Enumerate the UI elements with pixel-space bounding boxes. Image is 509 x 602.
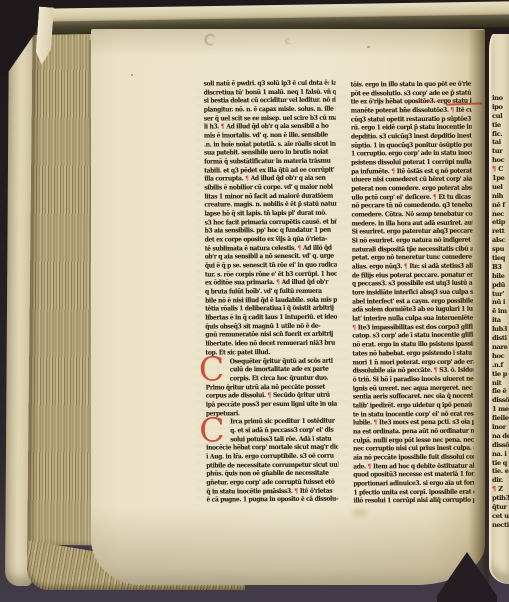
text-line: rett	[492, 227, 509, 236]
text-line: ē im	[492, 307, 509, 316]
text-line: tie p	[492, 370, 509, 379]
text-line: ¶ C	[492, 165, 509, 174]
text-line: dir.	[492, 476, 509, 485]
pilcrow-rubric: ¶	[221, 123, 225, 131]
pilcrow-rubric: ¶	[391, 167, 395, 175]
text-line: nec	[492, 210, 509, 219]
ink-speck	[131, 74, 133, 76]
right-text-column: tōis. ergo in illo statu in quo pōt ee ō…	[351, 80, 484, 508]
text-line: na de	[492, 432, 509, 441]
pilcrow-rubric: ¶	[294, 486, 298, 494]
pilcrow-rubric: ¶	[245, 175, 249, 183]
text-line: illō resolui 1 corrūpi nisi aliq̄ corrup…	[353, 496, 474, 506]
facing-text-column: inoipocultiefic.taiturhoc¶ C1peuelnihnē …	[492, 94, 509, 514]
text-line: ē cā pugne. 1 pugna in oposito ē cā diss…	[206, 495, 338, 505]
text-line: bile	[492, 272, 509, 281]
text-line: uel	[492, 183, 509, 192]
text-line: tie. e	[492, 467, 509, 476]
text-line: cul	[492, 112, 509, 121]
stain	[352, 508, 368, 517]
text-line: 1pe	[492, 174, 509, 183]
pilcrow-rubric: ¶	[373, 418, 377, 426]
text-line: ino	[492, 94, 509, 103]
text-line: .n.f	[492, 361, 509, 370]
text-line: nū i	[492, 298, 509, 307]
pilcrow-rubric: ¶	[367, 462, 371, 470]
pilcrow-rubric: ¶	[404, 262, 408, 270]
text-line: tur	[492, 147, 509, 156]
text-line: tie q	[492, 459, 509, 468]
text-line: tie	[492, 121, 509, 130]
text-line: nit	[492, 379, 509, 388]
text-line: nē f	[492, 201, 509, 210]
pilcrow-rubric: ¶	[492, 165, 496, 173]
text-line: necti	[492, 521, 509, 530]
pilcrow-rubric: ¶	[492, 485, 496, 493]
text-line: tieq	[492, 254, 509, 263]
book-photo: C c C C soli natū ē pwdri. q3 solū ip3 ē…	[0, 0, 509, 602]
ink-speck	[367, 46, 370, 48]
text-line: tai	[492, 138, 509, 147]
text-line: disti	[492, 334, 509, 343]
text-line: pdū	[492, 281, 509, 290]
text-line: na. i	[492, 450, 509, 459]
text-line: dissō	[492, 396, 509, 405]
text-line: dissō	[492, 441, 509, 450]
text-line: q̄tur	[492, 503, 509, 512]
text-line: etip	[492, 218, 509, 227]
pilcrow-rubric: ¶	[276, 278, 280, 286]
text-line: nih	[492, 192, 509, 201]
text-line: ipo	[492, 103, 509, 112]
pilcrow-rubric: ¶	[434, 366, 438, 374]
pilcrow-rubric: ¶	[267, 391, 271, 399]
text-line: fie ē	[492, 387, 509, 396]
pilcrow-rubric: ¶	[297, 244, 301, 252]
text-line: tur'	[492, 290, 509, 299]
text-line: cet u	[492, 512, 509, 521]
fore-edge-pages	[27, 26, 96, 546]
pilcrow-rubric: ¶	[352, 323, 356, 331]
text-line: ptib3	[492, 494, 509, 503]
pilcrow-rubric: ¶	[450, 106, 454, 114]
text-line: hoc	[492, 156, 509, 165]
text-line: 1 me	[492, 405, 509, 414]
left-text-column: C C soli natū ē pwdri. q3 solū ip3 ē cui…	[204, 79, 349, 507]
text-line: B3	[492, 263, 509, 272]
text-line: ita	[492, 316, 509, 325]
text-line: nare	[492, 343, 509, 352]
text-line: spu	[492, 245, 509, 254]
text-line: alsc	[492, 236, 509, 245]
text-line: hoc	[492, 352, 509, 361]
pilcrow-rubric: ¶	[433, 193, 437, 201]
text-line: ¶ Z	[492, 485, 509, 494]
text-line: fic.	[492, 130, 509, 139]
text-line: inor	[492, 423, 509, 432]
text-line: fieile	[492, 414, 509, 423]
text-line: lub3	[492, 325, 509, 334]
